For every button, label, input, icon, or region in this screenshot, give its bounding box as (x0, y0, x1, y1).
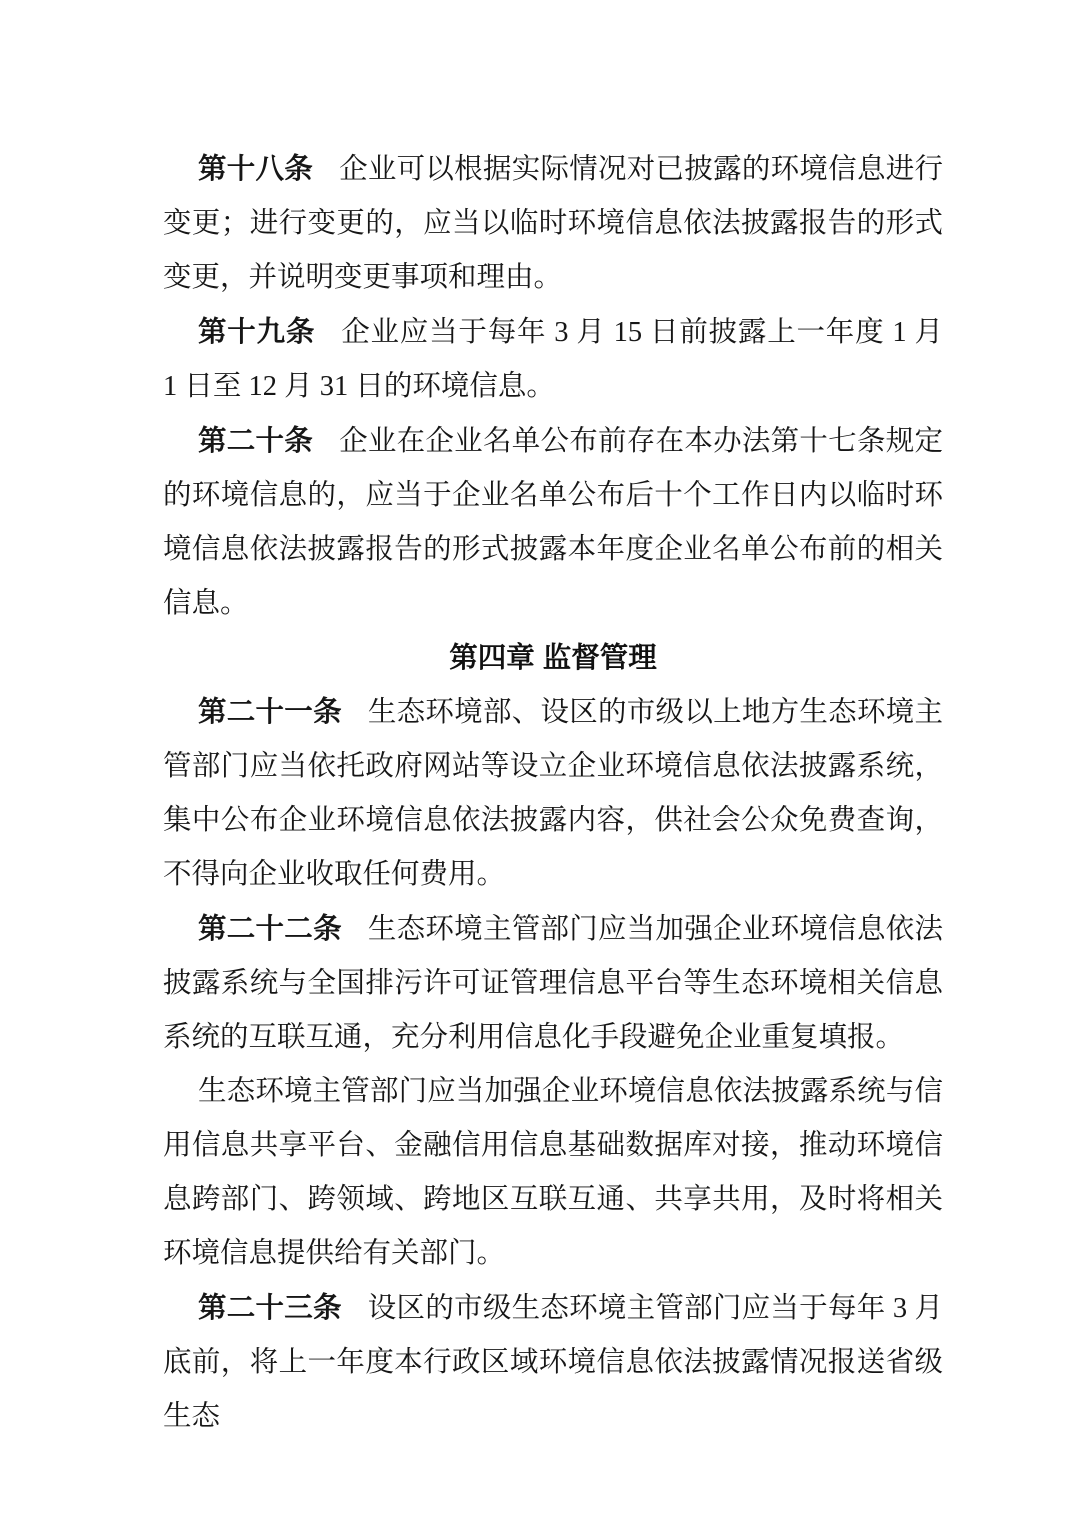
article-22-second-paragraph: 生态环境主管部门应当加强企业环境信息依法披露系统与信用信息共享平台、金融信用信息… (163, 1065, 943, 1281)
article-23-number-label: 第二十三条 (198, 1292, 342, 1324)
article-19-paragraph: 第十九条企业应当于每年 3 月 15 日前披露上一年度 1 月 1 日至 12 … (163, 305, 943, 414)
article-21-number-label: 第二十一条 (198, 696, 342, 728)
article-22-paragraph: 第二十二条生态环境主管部门应当加强企业环境信息依法披露系统与全国排污许可证管理信… (163, 902, 943, 1065)
article-21-paragraph: 第二十一条生态环境部、设区的市级以上地方生态环境主管部门应当依托政府网站等设立企… (163, 685, 943, 902)
document-page: 第十八条企业可以根据实际情况对已披露的环境信息进行变更；进行变更的，应当以临时环… (0, 0, 1074, 1520)
article-18-paragraph: 第十八条企业可以根据实际情况对已披露的环境信息进行变更；进行变更的，应当以临时环… (163, 142, 943, 305)
article-22-number-label: 第二十二条 (198, 913, 342, 945)
article-20-number-label: 第二十条 (198, 425, 313, 457)
article-22-second-paragraph-text: 生态环境主管部门应当加强企业环境信息依法披露系统与信用信息共享平台、金融信用信息… (163, 1076, 943, 1269)
article-18-number-label: 第十八条 (198, 153, 313, 185)
document-content: 第十八条企业可以根据实际情况对已披露的环境信息进行变更；进行变更的，应当以临时环… (163, 142, 943, 1444)
article-23-paragraph: 第二十三条设区的市级生态环境主管部门应当于每年 3 月底前，将上一年度本行政区域… (163, 1281, 943, 1444)
article-20-paragraph: 第二十条企业在企业名单公布前存在本办法第十七条规定的环境信息的，应当于企业名单公… (163, 414, 943, 631)
article-19-number-label: 第十九条 (198, 316, 315, 348)
chapter-4-heading: 第四章 监督管理 (163, 631, 943, 685)
